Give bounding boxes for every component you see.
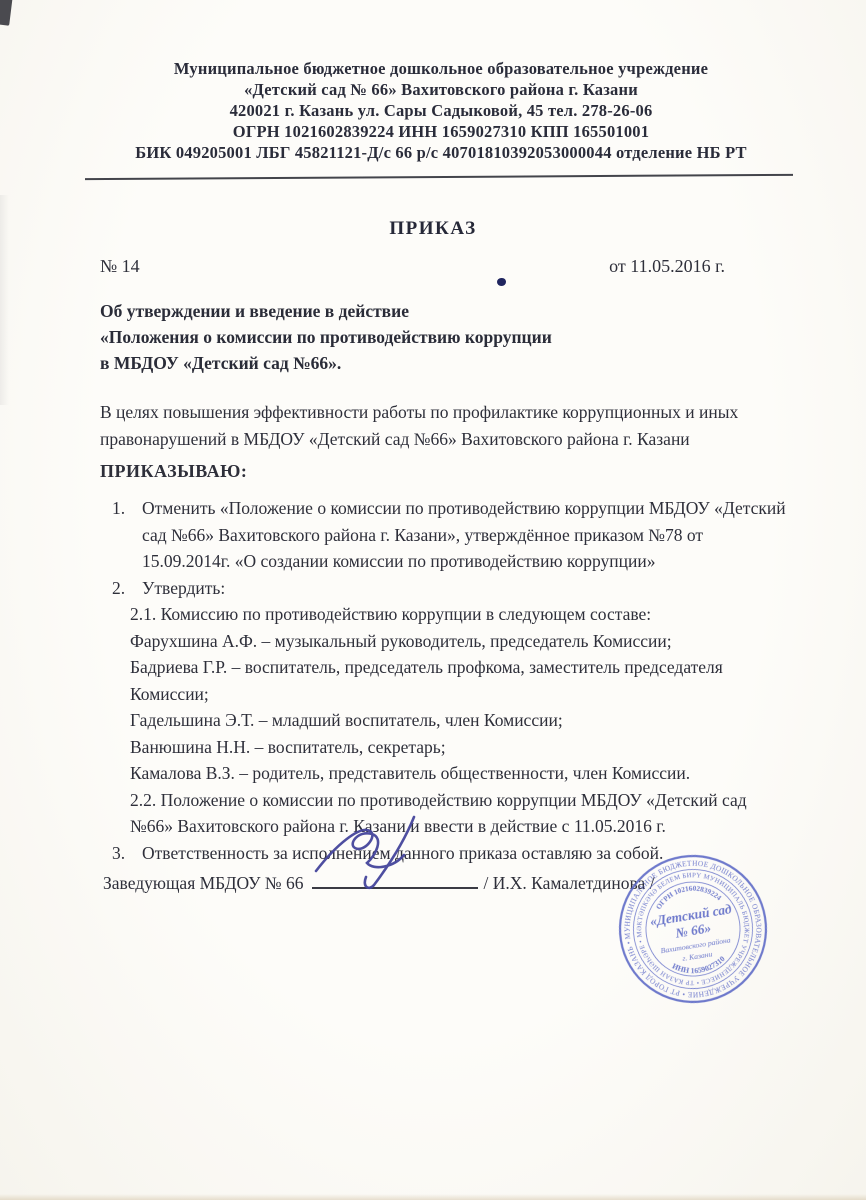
- committee-member: Фарухшина А.Ф. – музыкальный руководител…: [130, 628, 782, 655]
- item-marker: 1.: [100, 495, 142, 575]
- letterhead-divider: [85, 174, 793, 180]
- order-date: от 11.05.2016 г.: [609, 256, 725, 277]
- letterhead-line-org: Муниципальное бюджетное дошкольное образ…: [85, 58, 797, 79]
- item-text: Утвердить:: [142, 575, 790, 602]
- signature-line: [312, 869, 478, 889]
- official-round-stamp: МУНИЦИПАЛЬНОЕ БЮДЖЕТНОЕ ДОШКОЛЬНОЕ ОБРАЗ…: [583, 819, 803, 1039]
- decree-heading: ПРИКАЗЫВАЮ:: [100, 461, 247, 482]
- committee-member: Бадриева Г.Р. – воспитатель, председател…: [130, 654, 782, 707]
- item-text: Отменить «Положение о комиссии по против…: [142, 495, 790, 575]
- committee-member: Гадельшина Э.Т. – младший воспитатель, ч…: [130, 707, 782, 734]
- letterhead-line-name: «Детский сад № 66» Вахитовского района г…: [85, 79, 797, 100]
- handwritten-signature: [310, 813, 470, 897]
- scan-corner-artifact: [0, 0, 13, 26]
- order-item-1: 1. Отменить «Положение о комиссии по про…: [100, 495, 790, 575]
- letterhead-line-bank: БИК 049205001 ЛБГ 45821121-Д/с 66 р/с 40…: [85, 142, 797, 163]
- order-number: № 14: [100, 256, 140, 277]
- clause-2-details: 2.1. Комиссию по противодействию коррупц…: [130, 601, 782, 840]
- order-item-2: 2. Утвердить:: [100, 575, 790, 602]
- letterhead-line-address: 420021 г. Казань ул. Сары Садыковой, 45 …: [85, 100, 797, 121]
- committee-member: Ванюшина Н.Н. – воспитатель, секретарь;: [130, 734, 782, 761]
- ink-dot-artifact: [497, 278, 506, 286]
- order-title: ПРИКАЗ: [0, 218, 866, 240]
- subject-line: Об утверждении и введение в действие: [100, 298, 760, 324]
- letterhead: Муниципальное бюджетное дошкольное образ…: [85, 58, 797, 163]
- preamble-text: В целях повышения эффективности работы п…: [100, 399, 768, 453]
- committee-member: Камалова В.З. – родитель, представитель …: [130, 760, 782, 787]
- subject-line: «Положения о комиссии по противодействию…: [100, 324, 760, 350]
- signatory-position: Заведующая МБДОУ № 66: [103, 873, 304, 894]
- order-subject: Об утверждении и введение в действие «По…: [100, 298, 760, 376]
- scanned-order-document: Муниципальное бюджетное дошкольное образ…: [0, 0, 866, 1200]
- order-clauses: 1. Отменить «Положение о комиссии по про…: [100, 495, 790, 866]
- scan-bottom-edge: [0, 1194, 866, 1200]
- order-meta-row: № 14 от 11.05.2016 г.: [100, 256, 725, 277]
- letterhead-line-ogrn: ОГРН 1021602839224 ИНН 1659027310 КПП 16…: [85, 121, 797, 142]
- item-marker: 2.: [100, 575, 142, 602]
- subject-line: в МБДОУ «Детский сад №66».: [100, 350, 760, 376]
- clause-2-1: 2.1. Комиссию по противодействию коррупц…: [130, 601, 782, 628]
- item-marker: 3.: [100, 840, 142, 867]
